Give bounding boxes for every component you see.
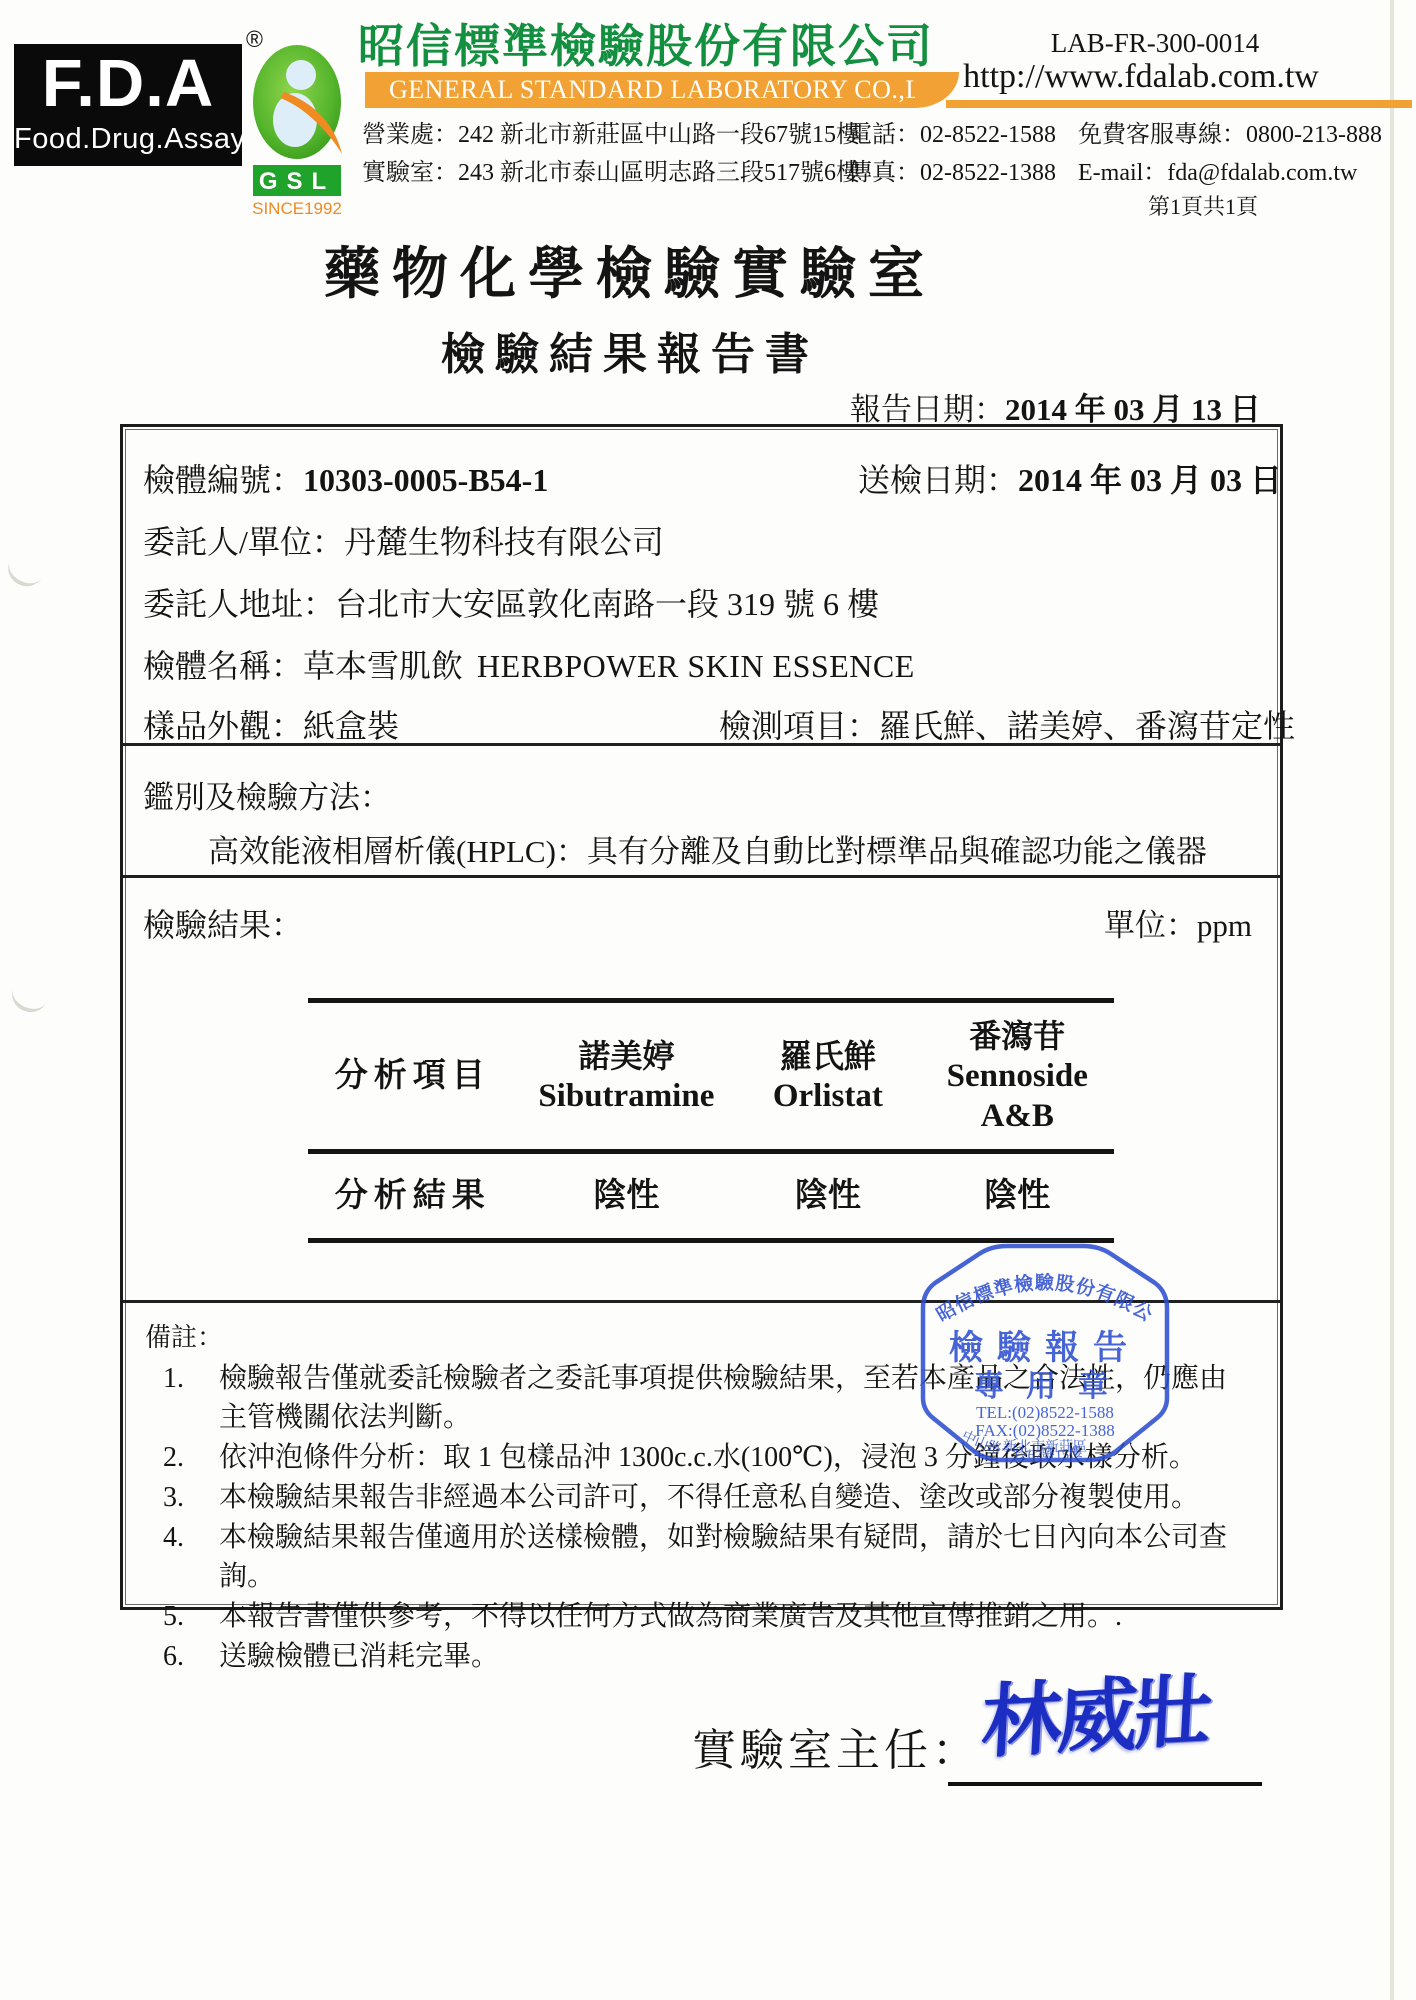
row-header-result: 分析結果 [308,1176,518,1216]
stamp-fax: FAX:(02)8522-1388 [975,1421,1114,1440]
stamp-line2: 專用章 [974,1369,1130,1403]
report-date: 報告日期：2014 年 03 月 13 日 [850,384,1261,429]
client-value: 丹麓生物科技有限公司 [344,524,664,560]
client-address-label: 委託人地址： [143,586,335,622]
col-header-item: 分析項目 [308,1056,518,1096]
company-name-en: GENERAL STANDARD LABORATORY CO.,LTD. [389,75,962,105]
fax-number: 傳真：02-8522-1388 [848,152,1056,187]
sample-name-row: 檢體名稱：草本雪肌飲HERBPOWER SKIN ESSENCE [143,641,915,687]
note-number: 3. [123,1478,219,1517]
page-curl-artifact [2,546,50,593]
service-hotline: 免費客服專線：0800-213-888 [1078,114,1382,149]
note-text: 本檢驗結果報告非經過本公司許可，不得任意私自變造、塗改或部分複製使用。 [219,1478,1239,1517]
test-items-label: 檢測項目： [719,708,879,744]
results-table: 分析項目 諾美婷 Sibutramine 羅氏鮮 Orlistat 番瀉苷 Se… [308,998,1114,1243]
gsl-figure-head [286,60,316,90]
sample-info-section: 檢體編號：10303-0005-B54-1 送檢日期：2014 年 03 月 0… [123,427,1280,743]
client-label: 委託人/單位： [143,524,344,560]
gsl-logo: GSL SINCE1992 [250,44,346,220]
col-header-sibutramine: 諾美婷 Sibutramine [518,1036,736,1116]
report-date-value: 2014 年 03 月 13 日 [1005,392,1261,427]
method-heading: 鑑別及檢驗方法： [143,772,391,817]
office-address: 營業處：242 新北市新莊區中山路一段67號15樓 [362,114,860,149]
note-text: 本檢驗結果報告僅適用於送樣檢體，如對檢驗結果有疑問，請於七日內向本公司查詢。 [219,1518,1239,1596]
analyte-en: Sennoside [921,1056,1114,1096]
email-address: E-mail：fda@fdalab.com.tw [1078,152,1357,187]
unit-label: 單位：ppm [1104,900,1252,945]
sample-name-label: 檢體名稱： [143,648,303,684]
banner-rule [946,100,1412,108]
note-number: 6. [123,1637,219,1676]
note-item: 5. 本報告書僅供參考，不得以任何方式做為商業廣告及其他宣傳推銷之用。. [123,1597,1280,1636]
submit-date: 送檢日期：2014 年 03 月 03 日 [858,455,1282,501]
lab-report-page: F.D.A Food.Drug.Assay ® GSL SINCE1992 昭信… [0,0,1416,2000]
result-orlistat: 陰性 [735,1176,920,1216]
website-url: http://www.fdalab.com.tw [946,58,1336,96]
report-date-label: 報告日期： [850,392,1005,427]
note-item: 4. 本檢驗結果報告僅適用於送樣檢體，如對檢驗結果有疑問，請於七日內向本公司查詢… [123,1518,1280,1596]
fda-logo-title: F.D.A [14,44,242,124]
company-name-zh: 昭信標準檢驗股份有限公司 [358,10,1018,76]
gsl-since: SINCE1992 [252,199,342,218]
results-heading: 檢驗結果： [143,900,303,946]
document-title: 藥物化學檢驗實驗室 [120,230,1140,310]
sample-id-row: 檢體編號：10303-0005-B54-1 送檢日期：2014 年 03 月 0… [143,455,548,501]
note-item: 3. 本檢驗結果報告非經過本公司許可，不得任意私自變造、塗改或部分複製使用。 [123,1478,1280,1517]
lab-director-label: 實驗室主任： [692,1714,980,1778]
sample-id-value: 10303-0005-B54-1 [303,462,548,498]
stamp-line1: 檢驗報告 [949,1329,1141,1367]
signature-underline [948,1782,1262,1786]
analyte-en: Sibutramine [518,1076,736,1116]
lab-director-signature: 林威壯 [979,1646,1213,1773]
note-number: 2. [123,1438,219,1477]
document-subtitle: 檢驗結果報告書 [120,318,1140,382]
analyte-zh: 番瀉苷 [921,1016,1114,1056]
analyte-en2: A&B [921,1096,1114,1136]
note-text: 本報告書僅供參考，不得以任何方式做為商業廣告及其他宣傳推銷之用。. [219,1597,1239,1636]
company-seal-stamp: 昭信標準檢驗股份有限公司 檢驗報告 專用章 TEL:(02)8522-1588 … [905,1228,1185,1474]
appearance-row: 樣品外觀：紙盒裝 檢測項目：羅氏鮮、諾美婷、番瀉苷定性 [143,701,399,747]
gsl-acronym: GSL [259,168,335,195]
method-section: 鑑別及檢驗方法： 高效能液相層析儀(HPLC)：具有分離及自動比對標準品與確認功… [123,743,1280,875]
appearance-label: 樣品外觀： [143,708,303,744]
sample-name-en: HERBPOWER SKIN ESSENCE [477,648,915,684]
sample-name-zh: 草本雪肌飲 [303,648,463,684]
test-items: 檢測項目：羅氏鮮、諾美婷、番瀉苷定性 [719,701,1295,747]
sample-id-label: 檢體編號： [143,462,303,498]
note-number: 5. [123,1597,219,1636]
result-sennoside: 陰性 [921,1176,1114,1216]
submit-date-value: 2014 年 03 月 03 日 [1018,462,1282,498]
note-number: 1. [123,1359,219,1437]
submit-date-label: 送檢日期： [858,462,1018,498]
test-items-value: 羅氏鮮、諾美婷、番瀉苷定性 [879,708,1295,744]
company-name-banner: GENERAL STANDARD LABORATORY CO.,LTD. [365,72,917,108]
lab-address: 實驗室：243 新北市泰山區明志路三段517號6樓 [362,152,860,187]
results-table-value-row: 分析結果 陰性 陰性 陰性 [308,1154,1114,1238]
analyte-en: Orlistat [735,1076,920,1116]
col-header-sennoside: 番瀉苷 Sennoside A&B [921,1016,1114,1136]
client-address-value: 台北市大安區敦化南路一段 319 號 6 樓 [335,586,879,622]
page-curl-artifact [7,972,53,1017]
col-header-orlistat: 羅氏鮮 Orlistat [735,1036,920,1116]
page-indicator: 第1頁共1頁 [1148,190,1258,221]
fda-logo: F.D.A Food.Drug.Assay [14,44,242,166]
analyte-zh: 羅氏鮮 [735,1036,920,1076]
notes-heading: 備註： [145,1317,223,1354]
appearance-value: 紙盒裝 [303,708,399,744]
method-description: 高效能液相層析儀(HPLC)：具有分離及自動比對標準品與確認功能之儀器 [208,826,1207,871]
result-sibutramine: 陰性 [518,1176,736,1216]
scan-edge-artifact [1390,0,1394,2000]
client-row: 委託人/單位：丹麓生物科技有限公司 [143,517,664,563]
document-code: LAB-FR-300-0014 [1000,28,1310,59]
results-table-header-row: 分析項目 諾美婷 Sibutramine 羅氏鮮 Orlistat 番瀉苷 Se… [308,1003,1114,1154]
phone-number: 電話：02-8522-1588 [848,114,1056,149]
analyte-zh: 諾美婷 [518,1036,736,1076]
note-number: 4. [123,1518,219,1596]
stamp-tel: TEL:(02)8522-1588 [976,1403,1114,1422]
client-address-row: 委託人地址：台北市大安區敦化南路一段 319 號 6 樓 [143,579,879,625]
fda-logo-subtitle: Food.Drug.Assay [14,124,242,154]
